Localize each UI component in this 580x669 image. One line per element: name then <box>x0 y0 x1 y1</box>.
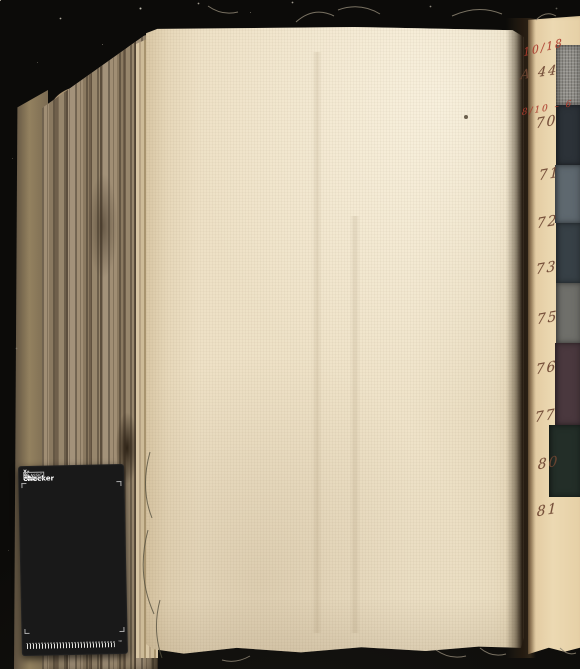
registration-mark <box>21 483 26 488</box>
registration-mark <box>119 627 124 632</box>
fabric-swatch-1 <box>556 45 580 105</box>
colorchecker-header: ✲ x-rite colorchecker CLASSIC <box>18 464 124 484</box>
paper-texture <box>146 27 524 658</box>
photo-canvas: 10/18A 448/10 – 6707172737576778081 ✲ x-… <box>0 0 580 669</box>
colorchecker-footer: ™ <box>27 636 123 652</box>
registration-mark <box>24 629 29 634</box>
blank-verso-page <box>146 27 524 658</box>
edge-stain <box>83 156 123 296</box>
paper-speck <box>464 115 468 119</box>
page-crease <box>350 216 360 632</box>
colorchecker-card: ✲ x-rite colorchecker CLASSIC ™ <box>18 464 128 656</box>
fabric-swatch-5 <box>556 283 580 343</box>
colorchecker-patch-grid <box>22 484 120 486</box>
fabric-swatch-2 <box>556 105 580 165</box>
fabric-swatch-4 <box>556 223 580 283</box>
fabric-swatch-6 <box>555 343 580 425</box>
registration-mark <box>116 481 121 486</box>
page-bottom-shadow <box>146 598 524 658</box>
page-crease <box>312 52 322 633</box>
dust-specks <box>0 0 1 1</box>
colorchecker-variant-badge: CLASSIC <box>23 471 44 478</box>
ruler-scale <box>27 641 115 649</box>
trademark-symbol: ™ <box>118 640 123 646</box>
